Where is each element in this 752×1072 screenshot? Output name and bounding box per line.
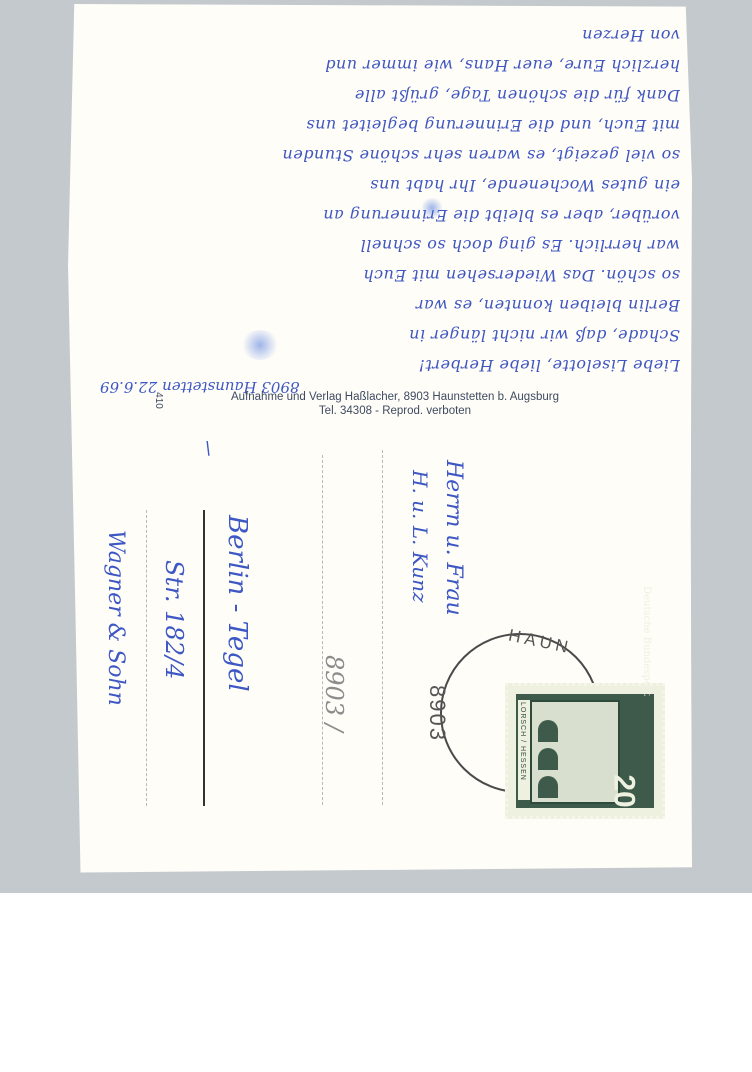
message-line: Dank für die schönen Tage, grüßt alle xyxy=(90,80,680,110)
stamp-region: LORSCH / HESSEN xyxy=(519,702,526,781)
handwritten-message: Liebe Liselotte, liebe Herbert! Schade, … xyxy=(90,10,680,380)
ink-blot xyxy=(240,330,280,360)
tick-mark: \ xyxy=(205,438,211,459)
address-line-4: Str. 182/4 xyxy=(160,560,188,679)
arch-icon xyxy=(538,776,558,798)
address-line-2: H. u. L. Kunz xyxy=(408,470,432,603)
stamp-country: Deutsche Bundespost xyxy=(641,586,652,696)
message-line: herzlich Eure, euer Hans, wie immer und xyxy=(90,50,680,80)
publisher-line-1: Aufnahme und Verlag Haßlacher, 8903 Haun… xyxy=(180,390,610,404)
address-divider xyxy=(382,450,383,805)
address-line-5: Wagner & Sohn xyxy=(103,530,128,706)
message-line: Schade, daß wir nicht länger in xyxy=(90,320,680,350)
stamp-image: LORSCH / HESSEN Deutsche Bundespost 20 xyxy=(516,694,654,808)
message-line: von Herzen xyxy=(90,20,680,50)
arch-icon xyxy=(538,748,558,770)
ink-blot xyxy=(420,198,444,218)
publisher-imprint: Aufnahme und Verlag Haßlacher, 8903 Haun… xyxy=(180,390,610,418)
address-divider xyxy=(146,510,147,806)
message-line: Liebe Liselotte, liebe Herbert! xyxy=(90,350,680,380)
publisher-line-2: Tel. 34308 - Reprod. verboten xyxy=(180,404,610,418)
arch-icon xyxy=(538,720,558,742)
address-divider xyxy=(322,455,323,805)
pencil-note: 8903 / xyxy=(320,655,348,732)
postage-stamp: LORSCH / HESSEN Deutsche Bundespost 20 xyxy=(505,683,665,819)
postmark-code: 8903 xyxy=(424,685,450,742)
stamp-value: 20 xyxy=(606,774,640,807)
message-line: vorüber, aber es bleibt die Erinnerung a… xyxy=(90,200,680,230)
message-line: so viel gezeigt, es waren sehr schöne St… xyxy=(90,140,680,170)
message-line: ein gutes Wochenende, Ihr habt uns xyxy=(90,170,680,200)
message-line: so schön. Das Wiedersehen mit Euch xyxy=(90,260,680,290)
card-number: 410 xyxy=(153,392,164,409)
address-underline xyxy=(203,510,205,806)
message-line: mit Euch, und die Erinnerung begleitet u… xyxy=(90,110,680,140)
address-line-3: Berlin - Tegel xyxy=(222,515,252,692)
address-line-1: Herrn u. Frau xyxy=(441,460,466,616)
message-line: Berlin bleiben konnten, es war xyxy=(90,290,680,320)
message-line: war herrlich. Es ging doch so schnell xyxy=(90,230,680,260)
